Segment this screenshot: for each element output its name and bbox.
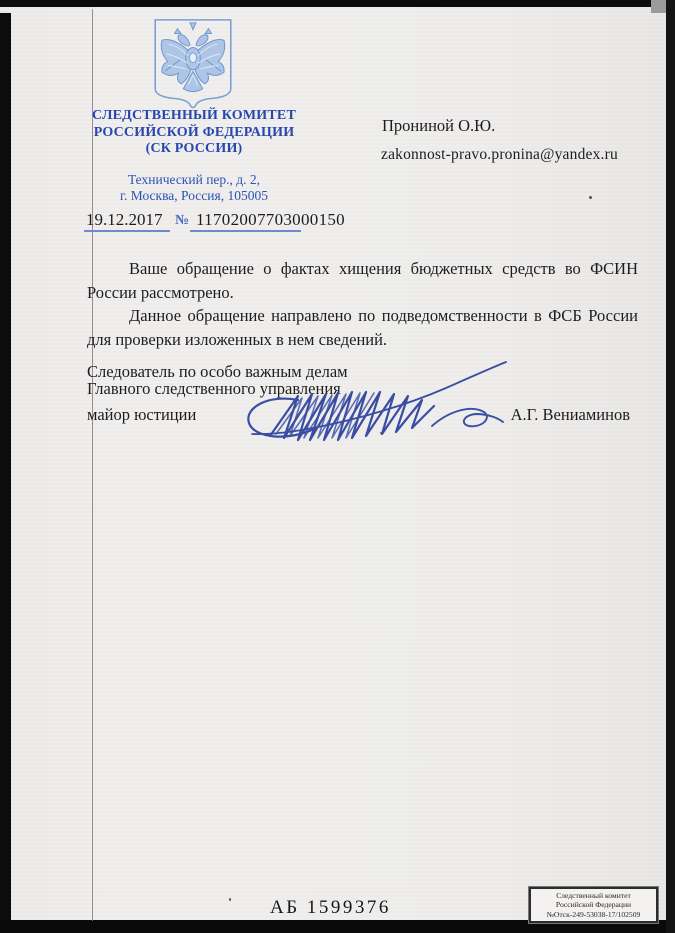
org-name-line: (СК РОССИИ) [76, 141, 312, 158]
form-serial-number: АБ 1599376 [270, 897, 391, 919]
number-sign: № [175, 213, 189, 229]
stamp-line: Следственный комитет [556, 891, 631, 900]
org-address-line: г. Москва, Россия, 105005 [76, 188, 312, 204]
scan-speck [380, 432, 383, 434]
recipient-name: Прониной О.Ю. [382, 116, 495, 136]
scan-speck [229, 898, 231, 901]
scanned-letter: СЛЕДСТВЕННЫЙ КОМИТЕТ РОССИЙСКОЙ ФЕДЕРАЦИ… [0, 0, 675, 933]
org-address-line: Технический пер., д. 2, [76, 172, 312, 188]
body-paragraph-2: Данное обращение направлено по подведомс… [87, 304, 638, 351]
stamp-line: №Отск-249-53038-17/102509 [547, 910, 641, 919]
scan-speck [589, 196, 592, 199]
scan-edge-top [0, 0, 675, 7]
stamp-line: Российской Федерации [556, 900, 631, 909]
signer-rank: майор юстиции [87, 405, 196, 425]
scan-corner-notch [651, 0, 666, 13]
org-name: СЛЕДСТВЕННЫЙ КОМИТЕТ РОССИЙСКОЙ ФЕДЕРАЦИ… [76, 108, 312, 158]
letter-body: Ваше обращение о фактах хищения бюджетны… [87, 257, 638, 351]
letter-number: 11702007703000150 [196, 210, 345, 230]
number-underline [190, 230, 301, 232]
scan-edge-left [0, 13, 11, 933]
body-paragraph-1: Ваше обращение о фактах хищения бюджетны… [87, 257, 638, 304]
russia-coat-of-arms-icon [151, 17, 235, 110]
date-underline [84, 230, 170, 232]
scan-edge-right [666, 0, 675, 933]
org-name-line: РОССИЙСКОЙ ФЕДЕРАЦИИ [76, 125, 312, 142]
letter-date: 19.12.2017 [86, 210, 163, 230]
org-name-line: СЛЕДСТВЕННЫЙ КОМИТЕТ [76, 108, 312, 125]
org-address: Технический пер., д. 2, г. Москва, Росси… [76, 172, 312, 203]
registration-stamp: Следственный комитет Российской Федераци… [529, 887, 658, 923]
recipient-email: zakonnost-pravo.pronina@yandex.ru [381, 146, 618, 164]
